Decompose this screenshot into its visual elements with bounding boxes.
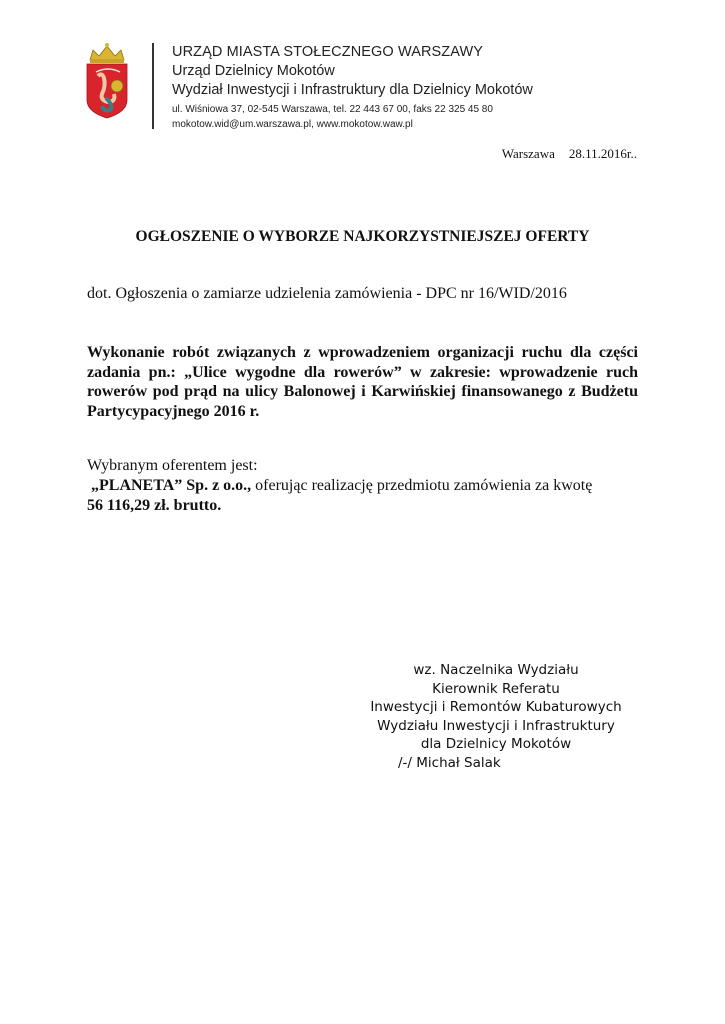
signature-line: wz. Naczelnika Wydziału bbox=[355, 661, 637, 680]
winner-offer-text: oferując realizację przedmiotu zamówieni… bbox=[251, 477, 592, 494]
letterhead: URZĄD MIASTA STOŁECZNEGO WARSZAWY Urząd … bbox=[172, 43, 533, 132]
signature-line: Kierownik Referatu bbox=[355, 680, 637, 699]
date-place: Warszawa bbox=[502, 146, 555, 161]
warsaw-coat-of-arms-icon bbox=[84, 42, 130, 120]
signature-block: wz. Naczelnika Wydziału Kierownik Refera… bbox=[355, 661, 637, 772]
winner-intro: Wybranym oferentem jest: bbox=[87, 456, 640, 476]
date-value: 28.11.2016r.. bbox=[569, 146, 637, 161]
department-name: Wydział Inwestycji i Infrastruktury dla … bbox=[172, 81, 533, 100]
district-office-name: Urząd Dzielnicy Mokotów bbox=[172, 62, 533, 81]
signature-line: dla Dzielnicy Mokotów bbox=[355, 735, 637, 754]
signature-line: Inwestycji i Remontów Kubaturowych bbox=[355, 698, 637, 717]
contact-line: mokotow.wid@um.warszawa.pl, www.mokotow.… bbox=[172, 117, 533, 132]
winner-amount: 56 116,29 zł. brutto. bbox=[87, 497, 221, 514]
winner-company: „PLANETA” Sp. z o.o., bbox=[91, 477, 251, 494]
reference-line: dot. Ogłoszenia o zamiarze udzielenia za… bbox=[87, 285, 567, 303]
subject-paragraph: Wykonanie robót związanych z wprowadzeni… bbox=[87, 343, 638, 421]
signature-line: Wydziału Inwestycji i Infrastruktury bbox=[355, 717, 637, 736]
address-line: ul. Wiśniowa 37, 02-545 Warszawa, tel. 2… bbox=[172, 102, 533, 117]
winner-details: „PLANETA” Sp. z o.o., oferując realizacj… bbox=[87, 476, 640, 496]
winner-section: Wybranym oferentem jest: „PLANETA” Sp. z… bbox=[87, 456, 640, 516]
header-divider bbox=[152, 43, 154, 129]
document-page: URZĄD MIASTA STOŁECZNEGO WARSZAWY Urząd … bbox=[0, 0, 725, 1024]
document-title: OGŁOSZENIE O WYBORZE NAJKORZYSTNIEJSZEJ … bbox=[0, 228, 725, 246]
document-date: Warszawa28.11.2016r.. bbox=[502, 146, 637, 162]
signatory-name: /-/ Michał Salak bbox=[355, 754, 637, 773]
office-name: URZĄD MIASTA STOŁECZNEGO WARSZAWY bbox=[172, 43, 533, 62]
